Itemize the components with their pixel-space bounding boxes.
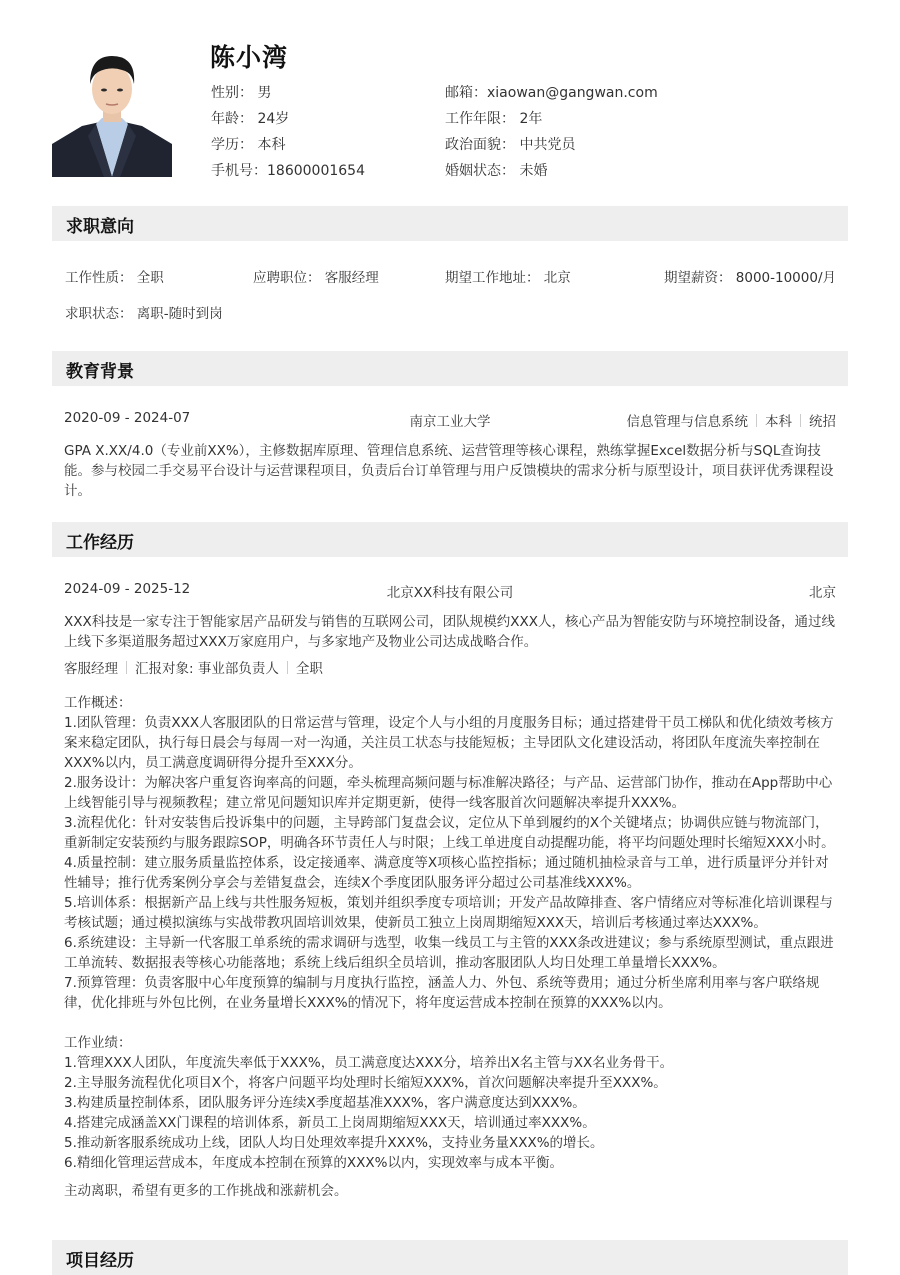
info-value: 男 (257, 85, 271, 101)
education-description: GPA X.XX/4.0（专业前XX%），主修数据库原理、管理信息系统、运营管理… (64, 441, 836, 501)
work-job-type: 全职 (296, 661, 323, 677)
basic-info-left: 性别： 男 年龄： 24岁 学历： 本科 手机号：18600001654 (211, 82, 365, 186)
intent-work-type: 工作性质： 全职 (65, 266, 164, 286)
info-age: 年龄： 24岁 (211, 108, 365, 134)
divider (126, 661, 127, 674)
info-education: 学历： 本科 (211, 134, 365, 160)
divider (287, 661, 288, 674)
info-value: 中共党员 (519, 137, 575, 153)
info-value: 本科 (257, 137, 285, 153)
intent-location: 期望工作地址： 北京 (445, 266, 571, 286)
company-intro: XXX科技是一家专注于智能家居产品研发与销售的互联网公司，团队规模约XXX人，核… (64, 612, 836, 652)
info-email: 邮箱：xiaowan@gangwan.com (445, 82, 658, 108)
education-type: 统招 (809, 414, 836, 430)
section-title: 教育背景 (66, 357, 134, 382)
section-header-project: 项目经历 (52, 1240, 848, 1275)
intent-label: 工作性质： (65, 270, 133, 286)
intent-status: 求职状态： 离职-随时到岗 (65, 302, 223, 322)
avatar-photo (52, 44, 172, 177)
section-title: 工作经历 (66, 528, 134, 553)
divider (756, 414, 757, 427)
overview-item: 2.服务设计：为解决客户重复咨询率高的问题，牵头梳理高频问题与标准解决路径；与产… (64, 773, 836, 813)
divider (800, 414, 801, 427)
achievements-title: 工作业绩： (64, 1033, 836, 1053)
intent-label: 应聘职位： (253, 270, 321, 286)
info-work-years: 工作年限： 2年 (445, 108, 658, 134)
intent-label: 求职状态： (65, 306, 133, 322)
info-value: xiaowan@gangwan.com (487, 85, 658, 101)
achievement-item: 1.管理XXX人团队，年度流失率低于XXX%，员工满意度达XXX分，培养出X名主… (64, 1053, 836, 1073)
info-label: 年龄： (211, 111, 253, 127)
candidate-name: 陈小湾 (210, 38, 288, 74)
info-value: 未婚 (519, 163, 547, 179)
info-political-status: 政治面貌： 中共党员 (445, 134, 658, 160)
work-role-row: 客服经理汇报对象: 事业部负责人全职 (64, 659, 836, 679)
overview-title: 工作概述： (64, 693, 836, 713)
info-gender: 性别： 男 (211, 82, 365, 108)
info-value: 18600001654 (267, 163, 365, 179)
overview-item: 5.培训体系：根据新产品上线与共性服务短板，策划并组织季度专项培训；开发产品故障… (64, 893, 836, 933)
intent-value: 全职 (137, 270, 164, 286)
spacer (64, 1173, 836, 1181)
info-marital-status: 婚姻状态： 未婚 (445, 160, 658, 186)
section-title: 项目经历 (66, 1246, 134, 1271)
intent-label: 期望工作地址： (445, 270, 540, 286)
intent-salary: 期望薪资： 8000-10000/月 (664, 266, 836, 286)
info-label: 手机号： (211, 163, 267, 179)
leave-reason: 主动离职，希望有更多的工作挑战和涨薪机会。 (64, 1181, 836, 1201)
achievement-item: 6.精细化管理运营成本，年度成本控制在预算的XXX%以内，实现效率与成本平衡。 (64, 1153, 836, 1173)
achievement-item: 4.搭建完成涵盖XX门课程的培训体系，新员工上岗周期缩短XXX天，培训通过率XX… (64, 1113, 836, 1133)
info-label: 政治面貌： (445, 137, 515, 153)
info-label: 邮箱： (445, 85, 487, 101)
overview-item: 3.流程优化：针对安装售后投诉集中的问题，主导跨部门复盘会议，定位从下单到履约的… (64, 813, 836, 853)
intent-value: 离职-随时到岗 (137, 306, 223, 322)
info-value: 24岁 (257, 111, 289, 127)
info-label: 婚姻状态： (445, 163, 515, 179)
work-position: 客服经理 (64, 661, 118, 677)
intent-value: 8000-10000/月 (736, 270, 836, 286)
basic-info-right: 邮箱：xiaowan@gangwan.com 工作年限： 2年 政治面貌： 中共… (445, 82, 658, 186)
education-major: 信息管理与信息系统 (627, 414, 749, 430)
education-degree: 本科 (765, 414, 792, 430)
section-title: 求职意向 (66, 212, 134, 237)
intent-value: 客服经理 (325, 270, 379, 286)
work-report-to: 汇报对象: 事业部负责人 (135, 661, 279, 677)
info-label: 工作年限： (445, 111, 515, 127)
intent-value: 北京 (544, 270, 571, 286)
work-city: 北京 (809, 581, 836, 601)
portrait-icon (52, 44, 172, 177)
section-header-intent: 求职意向 (52, 206, 848, 241)
info-value: 2年 (519, 111, 542, 127)
info-phone: 手机号：18600001654 (211, 160, 365, 186)
intent-position: 应聘职位： 客服经理 (253, 266, 379, 286)
overview-item: 6.系统建设：主导新一代客服工单系统的需求调研与选型，收集一线员工与主管的XXX… (64, 933, 836, 973)
info-label: 学历： (211, 137, 253, 153)
work-overview: 工作概述： 1.团队管理：负责XXX人客服团队的日常运营与管理，设定个人与小组的… (64, 693, 836, 1201)
overview-item: 4.质量控制：建立服务质量监控体系，设定接通率、满意度等X项核心监控指标；通过随… (64, 853, 836, 893)
intent-row-2: 求职状态： 离职-随时到岗 (65, 302, 836, 322)
company-intro-text: XXX科技是一家专注于智能家居产品研发与销售的互联网公司，团队规模约XXX人，核… (64, 612, 836, 652)
work-company: 北京XX科技有限公司 (64, 581, 836, 601)
intent-row-1: 工作性质： 全职 应聘职位： 客服经理 期望工作地址： 北京 期望薪资： 800… (65, 266, 836, 286)
education-description-text: GPA X.XX/4.0（专业前XX%），主修数据库原理、管理信息系统、运营管理… (64, 441, 836, 501)
education-details: 信息管理与信息系统本科统招 (627, 410, 837, 430)
work-summary-row: 2024-09 - 2025-12 北京XX科技有限公司 北京 (64, 581, 836, 601)
achievement-item: 3.构建质量控制体系，团队服务评分连续X季度超基准XXX%，客户满意度达到XXX… (64, 1093, 836, 1113)
spacer (64, 1013, 836, 1033)
intent-label: 期望薪资： (664, 270, 732, 286)
achievement-item: 2.主导服务流程优化项目X个，将客户问题平均处理时长缩短XXX%，首次问题解决率… (64, 1073, 836, 1093)
section-header-education: 教育背景 (52, 351, 848, 386)
section-header-work: 工作经历 (52, 522, 848, 557)
info-label: 性别： (211, 85, 253, 101)
education-summary-row: 2020-09 - 2024-07 南京工业大学 信息管理与信息系统本科统招 (64, 410, 836, 430)
overview-item: 7.预算管理：负责客服中心年度预算的编制与月度执行监控，涵盖人力、外包、系统等费… (64, 973, 836, 1013)
overview-item: 1.团队管理：负责XXX人客服团队的日常运营与管理，设定个人与小组的月度服务目标… (64, 713, 836, 773)
achievement-item: 5.推动新客服系统成功上线，团队人均日处理效率提升XXX%，支持业务量XXX%的… (64, 1133, 836, 1153)
